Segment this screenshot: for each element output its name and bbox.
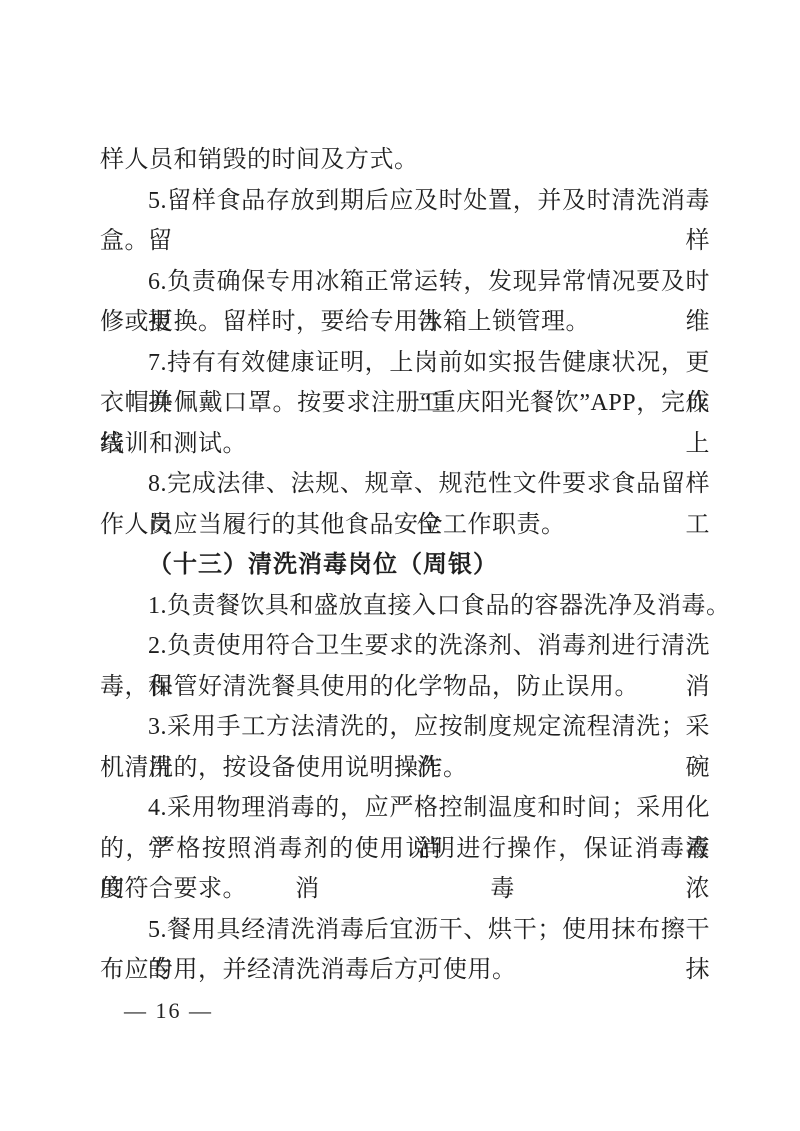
text-line: 1.负责餐饮具和盛放直接入口食品的容器洗净及消毒。 [100,586,710,627]
text-line: 衣帽并佩戴口罩。按要求注册“重庆阳光餐饮”APP，完成线上 [100,383,710,424]
text-line: 4.采用物理消毒的，应严格控制温度和时间；采用化学消毒 [100,788,710,829]
text-line: 3.采用手工方法清洗的，应按制度规定流程清洗；采用洗碗 [100,707,710,748]
text-line: 5.留样食品存放到期后应及时处置，并及时清洗消毒留样 [100,181,710,222]
document-page: 样人员和销毁的时间及方式。5.留样食品存放到期后应及时处置，并及时清洗消毒留样盒… [0,0,800,1131]
document-text-block: 样人员和销毁的时间及方式。5.留样食品存放到期后应及时处置，并及时清洗消毒留样盒… [100,140,710,991]
text-line: 8.完成法律、法规、规章、规范性文件要求食品留样岗位工 [100,464,710,505]
text-line: 2.负责使用符合卫生要求的洗涤剂、消毒剂进行清洗和消 [100,626,710,667]
text-line: 6.负责确保专用冰箱正常运转，发现异常情况要及时报告维 [100,262,710,303]
text-line: 毒，保管好清洗餐具使用的化学物品，防止误用。 [100,667,710,708]
text-line: 的，严格按照消毒剂的使用说明进行操作，保证消毒液的消毒浓 [100,829,710,870]
text-line: 7.持有有效健康证明，上岗前如实报告健康状况，更换工作 [100,343,710,384]
text-line: 样人员和销毁的时间及方式。 [100,140,710,181]
section-heading: （十三）清洗消毒岗位（周银） [100,545,710,586]
page-number: — 16 — [124,998,213,1024]
text-line: 5.餐用具经清洗消毒后宜沥干、烘干；使用抹布擦干的，抹 [100,910,710,951]
